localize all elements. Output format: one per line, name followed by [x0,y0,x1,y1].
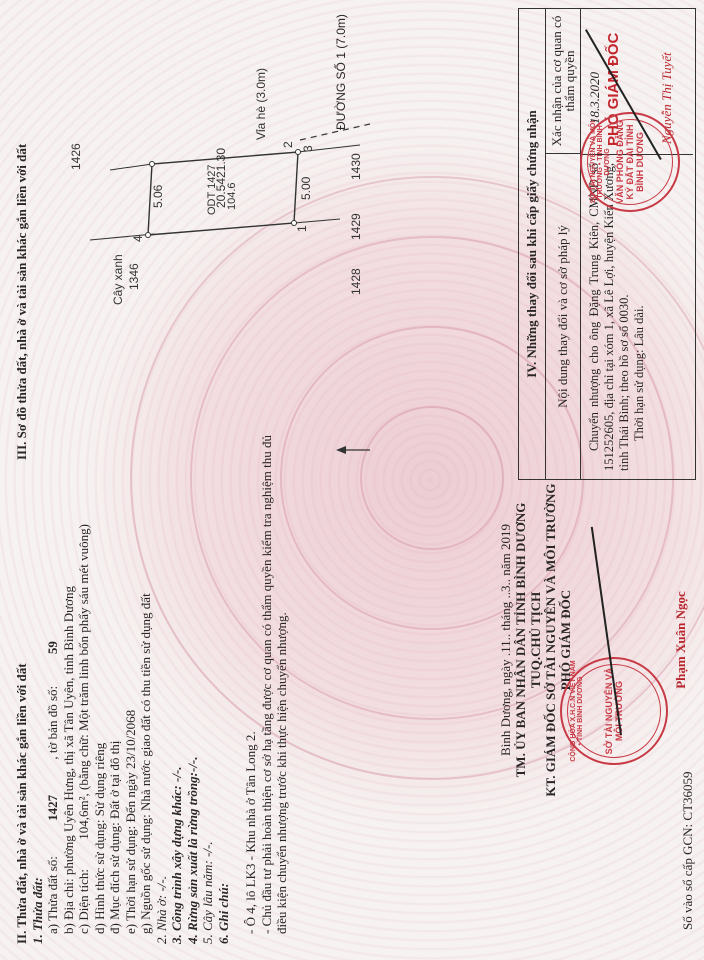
use-origin: g) Nguồn gốc sử dụng: Nhà nước giao đất … [138,424,154,944]
stamp-ring-text: CỘNG HÒA X.H.C.N VIỆT NAM • TỈNH BÌNH DƯ… [570,659,584,763]
section4-title: IV. Những thay đổi sau khi cấp giấy chứn… [519,9,546,479]
changes-table: IV. Những thay đổi sau khi cấp giấy chứn… [518,8,696,480]
land-certificate-page: II. Thửa đất, nhà ở và tài sản khác gắn … [0,0,704,960]
vertex-label: 2 [281,141,295,148]
neighbor-parcel: 1430 [349,153,363,180]
perennial-trees: 5. Cây lâu năm: -/-. [200,424,216,944]
map-sheet-number: 59 [45,613,61,683]
authority-line: TUQ.CHỦ TỊCH [528,480,543,800]
vertex-label: 4 [131,235,145,242]
parcel-number: 1427 [45,763,61,853]
notes-list: - Ô 4, lô LK3 - Khu nhà ở Tân Long 2. - … [243,424,290,944]
parcel-diagram: 4 3 2 1 20.54 5.06 21.30 5.00 ODT 1427 1… [30,10,370,470]
authority-line: TM. ỦY BAN NHÂN DÂN TỈNH BÌNH DƯƠNG [513,480,528,800]
edge-length: 5.00 [299,176,313,200]
official-stamp: CỘNG HÒA X.H.C.N VIỆT NAM • TỈNH BÌNH DƯ… [560,657,668,765]
area-value: 104,6m², (bằng chữ: Một trăm linh bốn ph… [76,524,91,866]
neighbor-parcel: 1428 [349,268,363,295]
neighbor-note: Cây xanh [111,254,125,305]
parcel-label: a) Thửa đất số: [45,856,60,934]
use-purpose: đ) Mục đích sử dụng: Đất ở tại đô thị [107,424,123,944]
neighbor-parcel: 1429 [349,213,363,240]
other-construction: 3. Công trình xây dựng khác: -/-. [169,424,185,944]
section2-title: II. Thửa đất, nhà ở và tài sản khác gắn … [14,424,30,944]
neighbor-parcel: 1346 [127,263,141,290]
note-item: - Chủ đầu tư phải hoàn thiện cơ sở hạ tầ… [259,424,290,944]
section3-title: III. Sơ đồ thửa đất, nhà ở và tài sản kh… [14,10,30,460]
gcn-entry: Số vào sổ cấp GCN: CT36059 [680,771,696,930]
section-land-info: II. Thửa đất, nhà ở và tài sản khác gắn … [14,424,290,944]
note-item: - Ô 4, lô LK3 - Khu nhà ở Tân Long 2. [243,424,259,944]
watermark-ring [360,406,504,550]
signer-name: Phạm Xuân Ngọc [673,480,688,800]
stamp-ring-text: SỞ TÀI NGUYÊN VÀ MÔI TRƯỜNG • TỈNH BÌNH … [590,114,611,210]
vertex-label: 3 [301,145,315,152]
sidewalk-label: Vỉa hè (3.0m) [254,68,268,140]
address: b) Địa chỉ: phường Uyên Hưng, thị xã Tân… [61,424,77,944]
col-header-confirm: Xác nhận của cơ quan có thẩm quyền [546,9,580,153]
table-header: Nội dung thay đổi và cơ sở pháp lý Xác n… [546,9,581,479]
edge-length: 5.06 [151,184,165,208]
road-label: ĐƯỜNG SỐ 1 (7.0m) [334,14,348,130]
area-label: c) Diện tích: [76,869,91,934]
use-form: d) Hình thức sử dụng: Sử dụng riêng [92,424,108,944]
land-heading: 1. Thửa đất: [30,424,46,944]
col-header-content: Nội dung thay đổi và cơ sở pháp lý [546,153,580,479]
house: 2. Nhà ở: -/-. [154,424,170,944]
use-term: e) Thời hạn sử dụng: Đến ngày 23/10/2068 [123,424,139,944]
registry-stamp: SỞ TÀI NGUYÊN VÀ MÔI TRƯỜNG • TỈNH BÌNH … [580,112,680,212]
stamp-center-text: VĂN PHÒNG ĐĂNG KÝ ĐẤT ĐAI TỈNH BÌNH DƯƠN… [615,114,645,210]
production-forest: 4. Rừng sản xuất là rừng trồng:-/-. [185,424,201,944]
notes-heading: 6. Ghi chú: [216,424,232,944]
place-date: Bình Dương, ngày .11.. tháng ..3.. năm 2… [498,480,513,800]
vertex-label: 1 [295,225,309,232]
neighbor-parcel: 1426 [69,143,83,170]
parcel-row: a) Thửa đất số: 1427 , tờ bản đồ số: 59 [45,424,61,944]
stamp-center-text: SỞ TÀI NGUYÊN VÀ MÔI TRƯỜNG [604,659,624,763]
map-sheet-label: , tờ bản đồ số: [45,686,60,760]
authority-line: KT. GIÁM ĐỐC SỞ TÀI NGUYÊN VÀ MÔI TRƯỜNG [543,480,558,800]
table-row: Chuyển nhượng cho ông Đặng Trung Kiên, C… [581,9,693,479]
area-row: c) Diện tích: 104,6m², (bằng chữ: Một tr… [76,424,92,944]
parcel-area: 104.6 [226,182,238,210]
parcel-code: ODT 1427 [206,164,218,215]
